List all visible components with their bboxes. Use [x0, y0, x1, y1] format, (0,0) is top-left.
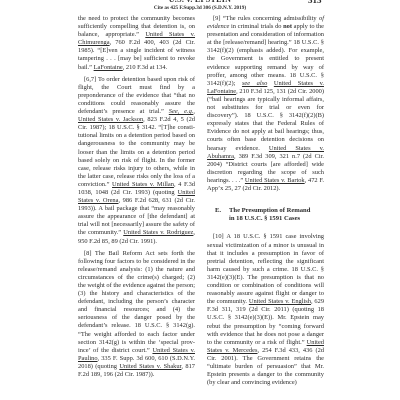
section-title-line-1: The Presumption of Remand	[229, 207, 310, 214]
case-citation: United States v. Jackson	[78, 116, 143, 123]
signal: see also	[242, 80, 267, 87]
left-column: the need to protect the community be­com…	[78, 15, 195, 379]
right-column: [9] “The rules concerning admissibility …	[207, 15, 324, 387]
paragraph-headnote-10: [10] A 18 U.S.C. § 1591 case involving s…	[207, 233, 324, 387]
section-heading: E.The Presumption of Remand in 18 U.S.C.…	[207, 207, 324, 223]
case-citation: United States v. Shakur	[119, 363, 181, 370]
paragraph-continued: the need to protect the community be­com…	[78, 15, 195, 72]
paragraph-headnote-8: [8] The Bail Reform Act sets forth the f…	[78, 250, 195, 380]
section-title-line-2: in 18 U.S.C. § 1591 Cases	[215, 215, 324, 223]
headnote-number: [10]	[213, 233, 224, 240]
case-citation: United States v. Rodriguez	[123, 229, 193, 236]
case-citation: United States v. English	[249, 298, 311, 305]
emphasis: not	[283, 23, 292, 30]
paragraph-headnote-9: [9] “The rules concerning admissibility …	[207, 15, 324, 193]
page-number: 313	[308, 0, 322, 5]
case-citation: United States v. Millan	[112, 181, 174, 188]
section-letter: E.	[215, 207, 229, 215]
case-title: U.S. v. EPSTEIN	[150, 0, 250, 4]
case-citation: LaFontaine	[94, 64, 123, 71]
case-citation: United States v. Bartok	[245, 177, 305, 184]
signal: See, e.g.	[169, 108, 194, 115]
citation-line: Cite as 425 F.Supp.3d 306 (S.D.N.Y. 2019…	[120, 5, 280, 11]
headnote-number: [6,7]	[84, 76, 96, 83]
paragraph-headnote-6-7: [6,7] To order detention based upon risk…	[78, 76, 195, 246]
